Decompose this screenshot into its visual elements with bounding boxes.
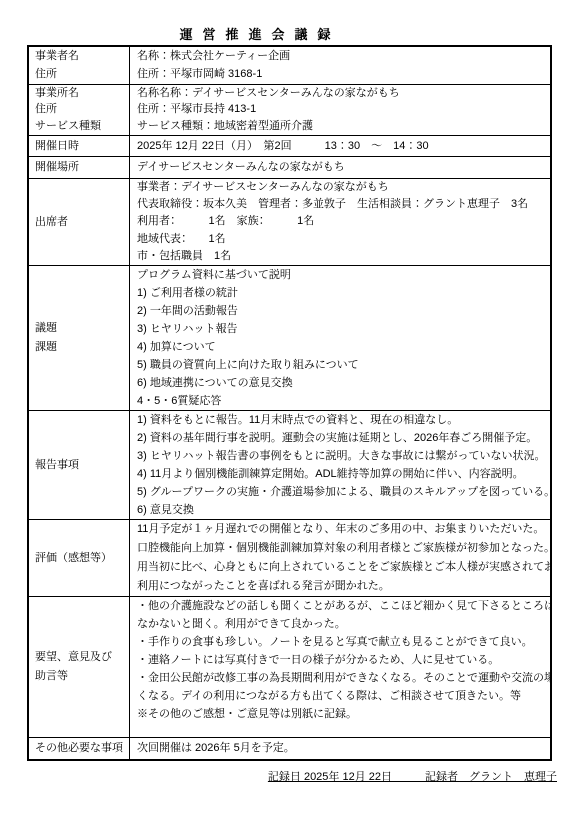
row-content-line: ・他の介護施設などの話しも聞くことがあるが、ここほど細かく見て下さるところはなか (137, 599, 548, 614)
table-row: 報告事項1) 資料をもとに報告。11月末時点での資料と、現在の相違なし。2) 資… (29, 411, 550, 520)
row-content-cell: 事業者：デイサービスセンターみんなの家ながもち代表取締役：坂本久美 管理者：多並… (130, 179, 550, 265)
row-content-line: ※その他のご感想・ご意見等は別紙に記録。 (137, 707, 548, 722)
row-content-line: 11月予定が１ヶ月遅れでの開催となり、年末のご多用の中、お集まりいただいた。 (137, 522, 548, 537)
row-content-line: サービス種類：地域密着型通所介護 (137, 119, 548, 134)
row-content-line: 2) 一年間の活動報告 (137, 304, 548, 319)
row-content-line: ・手作りの食事も珍しい。ノートを見ると写真で献立も見ることができて良い。 (137, 635, 548, 650)
table-row: 評価（感想等）11月予定が１ヶ月遅れでの開催となり、年末のご多用の中、お集まりい… (29, 520, 550, 597)
row-content-line: 地域代表： 1名 (137, 232, 548, 247)
row-content-line: 3) ヒヤリハット報告書の事例をもとに説明。大きな事故には繋がっていない状況。 (137, 449, 548, 464)
row-content-line: 6) 地域連携についての意見交換 (137, 376, 548, 391)
row-label-line: 住所 (35, 67, 129, 82)
row-content-line: デイサービスセンターみんなの家ながもち (137, 160, 548, 175)
row-label-line: 課題 (35, 338, 129, 357)
row-content-line: 代表取締役：坂本久美 管理者：多並敦子 生活相談員：グラント恵理子 3名 (137, 197, 548, 212)
row-content-line: なかないと聞く。利用ができて良かった。 (137, 617, 548, 632)
row-content-cell: 1) 資料をもとに報告。11月末時点での資料と、現在の相違なし。2) 資料の基年… (130, 411, 550, 519)
row-content-cell: 次回開催は 2026年 5月を予定。 (130, 738, 550, 759)
row-content-cell: デイサービスセンターみんなの家ながもち (130, 157, 550, 178)
row-label-line: 事業者名 (35, 49, 129, 64)
row-label-cell: その他必要な事項 (29, 738, 130, 759)
table-row: 議題課題プログラム資料に基づいて説明1) ご利用者様の統計2) 一年間の活動報告… (29, 266, 550, 411)
row-content-line: 口腔機能向上加算・個別機能訓練加算対象の利用者様とご家族様が初参加となった。ご利 (137, 541, 548, 556)
row-content-line: 4・5・6質疑応答 (137, 394, 548, 409)
minutes-table: 事業者名住所名称：株式会社ケーティー企画住所：平塚市岡崎 3168-1事業所名住… (27, 45, 552, 761)
row-content-line: 2025年 12月 22日（月） 第2回 13：30 ～ 14：30 (137, 139, 548, 154)
row-label-line: 評価（感想等） (35, 549, 129, 568)
row-content-cell: プログラム資料に基づいて説明1) ご利用者様の統計2) 一年間の活動報告3) ヒ… (130, 266, 550, 410)
row-content-line: 利用につながったことを喜ばれる発言が聞かれた。 (137, 579, 548, 594)
row-label-cell: 事業所名住所サービス種類 (29, 85, 130, 135)
record-signature: 記録日 2025年 12月 22日 記録者 グラント 恵理子 (268, 768, 557, 784)
table-row: 要望、意見及び助言等・他の介護施設などの話しも聞くことがあるが、ここほど細かく見… (29, 597, 550, 738)
table-row: 開催日時2025年 12月 22日（月） 第2回 13：30 ～ 14：30 (29, 136, 550, 157)
row-content-line: 住所：平塚市岡崎 3168-1 (137, 67, 548, 82)
row-label-line: 助言等 (35, 667, 129, 686)
page-title: 運営推進会議録 (0, 24, 520, 43)
row-label-cell: 開催日時 (29, 136, 130, 156)
row-content-cell: 名称名称：デイサービスセンターみんなの家ながもち住所：平塚市長持 413-1サー… (130, 85, 550, 135)
row-label-line: 出席者 (35, 213, 129, 232)
row-content-line: 市・包括職員 1名 (137, 249, 548, 264)
row-label-line: 開催日時 (35, 137, 129, 156)
row-content-line: 4) 加算について (137, 340, 548, 355)
row-content-line: 名称名称：デイサービスセンターみんなの家ながもち (137, 86, 548, 101)
row-content-line: 3) ヒヤリハット報告 (137, 322, 548, 337)
row-content-line: 5) グループワークの実施・介護道場参加による、職員のスキルアップを図っている。 (137, 485, 548, 500)
row-content-line: ・連絡ノートには写真付きで一日の様子が分かるため、人に見せている。 (137, 653, 548, 668)
row-label-cell: 議題課題 (29, 266, 130, 410)
row-label-line: サービス種類 (35, 119, 129, 134)
row-content-line: くなる。デイの利用につながる方も出てくる際は、ご相談させて頂きたい。等 (137, 689, 548, 704)
row-content-line: 住所：平塚市長持 413-1 (137, 102, 548, 117)
row-content-line: 用当初に比べ、心身ともに向上されていることをご家族様とご本人様が実感されており、 (137, 560, 548, 575)
row-label-line: 議題 (35, 319, 129, 338)
row-content-line: 5) 職員の資質向上に向けた取り組みについて (137, 358, 548, 373)
row-content-cell: 11月予定が１ヶ月遅れでの開催となり、年末のご多用の中、お集まりいただいた。口腔… (130, 520, 550, 596)
row-label-line: 事業所名 (35, 86, 129, 101)
row-label-cell: 出席者 (29, 179, 130, 265)
row-label-cell: 事業者名住所 (29, 47, 130, 84)
row-content-line: 1) ご利用者様の統計 (137, 286, 548, 301)
row-label-cell: 評価（感想等） (29, 520, 130, 596)
table-row: 事業者名住所名称：株式会社ケーティー企画住所：平塚市岡崎 3168-1 (29, 47, 550, 85)
row-content-cell: 2025年 12月 22日（月） 第2回 13：30 ～ 14：30 (130, 136, 550, 156)
row-label-line: 報告事項 (35, 456, 129, 475)
row-content-cell: ・他の介護施設などの話しも聞くことがあるが、ここほど細かく見て下さるところはなか… (130, 597, 550, 737)
row-label-line: 開催場所 (35, 158, 129, 177)
row-content-line: 名称：株式会社ケーティー企画 (137, 49, 548, 64)
row-content-line: 2) 資料の基年間行事を説明。運動会の実施は延期とし、2026年春ごろ開催予定。 (137, 431, 548, 446)
row-label-cell: 報告事項 (29, 411, 130, 519)
row-content-line: プログラム資料に基づいて説明 (137, 268, 548, 283)
table-row: 開催場所デイサービスセンターみんなの家ながもち (29, 157, 550, 179)
row-content-line: 次回開催は 2026年 5月を予定。 (137, 741, 548, 756)
row-content-line: 1) 資料をもとに報告。11月末時点での資料と、現在の相違なし。 (137, 413, 548, 428)
row-label-line: 要望、意見及び (35, 648, 129, 667)
row-label-cell: 開催場所 (29, 157, 130, 178)
table-row: 出席者事業者：デイサービスセンターみんなの家ながもち代表取締役：坂本久美 管理者… (29, 179, 550, 266)
row-content-cell: 名称：株式会社ケーティー企画住所：平塚市岡崎 3168-1 (130, 47, 550, 84)
row-content-line: 6) 意見交換 (137, 503, 548, 518)
row-content-line: 事業者：デイサービスセンターみんなの家ながもち (137, 180, 548, 195)
row-label-line: その他必要な事項 (35, 739, 129, 758)
row-content-line: 4) 11月より個別機能訓練算定開始。ADL維持等加算の開始に伴い、内容説明。 (137, 467, 548, 482)
row-content-line: ・金田公民館が改修工事の為長期間利用ができなくなる。そのことで運動や交流の場がな (137, 671, 548, 686)
row-content-line (137, 725, 548, 736)
document-page: 運営推進会議録 事業者名住所名称：株式会社ケーティー企画住所：平塚市岡崎 316… (0, 0, 581, 822)
row-label-cell: 要望、意見及び助言等 (29, 597, 130, 737)
table-row: 事業所名住所サービス種類名称名称：デイサービスセンターみんなの家ながもち住所：平… (29, 85, 550, 136)
table-row: その他必要な事項次回開催は 2026年 5月を予定。 (29, 738, 550, 759)
row-label-line: 住所 (35, 102, 129, 117)
row-content-line: 利用者： 1名 家族： 1名 (137, 214, 548, 229)
